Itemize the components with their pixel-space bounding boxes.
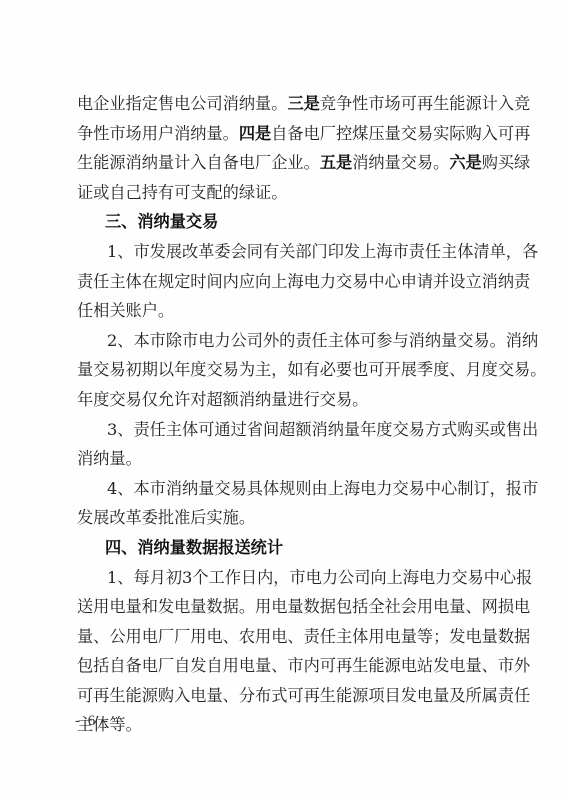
document-body: 电企业指定售电公司消纳量。三是竞争性市场可再生能源计入竞 争性市场用户消纳量。四…	[77, 89, 491, 740]
paragraph-3-4-line-2: 发展改革委批准后实施。	[77, 503, 491, 533]
paragraph-3-1-line-1: 1、市发展改革委会同有关部门印发上海市责任主体清单，各	[77, 237, 491, 267]
paragraph-4-1-line-4: 包括自备电厂自发自用电量、市内可再生能源电站发电量、市外	[77, 651, 491, 681]
paragraph-3-4-line-1: 4、本市消纳量交易具体规则由上海电力交易中心制订，报市	[77, 474, 491, 504]
intro-line-4: 证或自己持有可支配的绿证。	[77, 178, 491, 208]
intro-line-3: 生能源消纳量计入自备电厂企业。五是消纳量交易。六是购买绿	[77, 148, 491, 178]
paragraph-3-1-line-3: 任相关账户。	[77, 296, 491, 326]
paragraph-4-1-line-3: 量、公用电厂厂用电、农用电、责任主体用电量等；发电量数据	[77, 622, 491, 652]
paragraph-3-1-line-2: 责任主体在规定时间内应向上海电力交易中心申请并设立消纳责	[77, 267, 491, 297]
paragraph-4-1-line-1: 1、每月初3个工作日内，市电力公司向上海电力交易中心报	[77, 563, 491, 593]
text-segment: 购买绿	[482, 153, 531, 172]
bold-label: 四是	[239, 124, 271, 143]
section-heading-3: 三、消纳量交易	[77, 207, 491, 237]
intro-line-1: 电企业指定售电公司消纳量。三是竞争性市场可再生能源计入竞	[77, 89, 491, 119]
text-segment: 竞争性市场可再生能源计入竞	[320, 94, 530, 113]
paragraph-4-1-line-6: 主体等。	[77, 710, 491, 740]
text-segment: 争性市场用户消纳量。	[77, 124, 239, 143]
paragraph-4-1-line-5: 可再生能源购入电量、分布式可再生能源项目发电量及所属责任	[77, 681, 491, 711]
paragraph-3-2-line-3: 年度交易仅允许对超额消纳量进行交易。	[77, 385, 491, 415]
text-segment: 电企业指定售电公司消纳量。	[77, 94, 287, 113]
paragraph-3-3-line-2: 消纳量。	[77, 444, 491, 474]
section-heading-4: 四、消纳量数据报送统计	[77, 533, 491, 563]
bold-label: 六是	[449, 153, 481, 172]
text-segment: 生能源消纳量计入自备电厂企业。	[77, 153, 320, 172]
text-segment: 证或自己持有可支配的绿证。	[77, 183, 287, 202]
bold-label: 五是	[320, 153, 352, 172]
intro-line-2: 争性市场用户消纳量。四是自备电厂控煤压量交易实际购入可再	[77, 119, 491, 149]
document-page: 电企业指定售电公司消纳量。三是竞争性市场可再生能源计入竞 争性市场用户消纳量。四…	[0, 0, 566, 800]
paragraph-3-2-line-1: 2、本市除市电力公司外的责任主体可参与消纳量交易。消纳	[77, 326, 491, 356]
paragraph-3-3-line-1: 3、责任主体可通过省间超额消纳量年度交易方式购买或售出	[77, 415, 491, 445]
paragraph-4-1-line-2: 送用电量和发电量数据。用电量数据包括全社会用电量、网损电	[77, 592, 491, 622]
page-number: - 6 -	[75, 713, 110, 730]
bold-label: 三是	[287, 94, 319, 113]
text-segment: 自备电厂控煤压量交易实际购入可再	[271, 124, 530, 143]
paragraph-3-2-line-2: 量交易初期以年度交易为主，如有必要也可开展季度、月度交易。	[77, 355, 491, 385]
text-segment: 消纳量交易。	[352, 153, 449, 172]
